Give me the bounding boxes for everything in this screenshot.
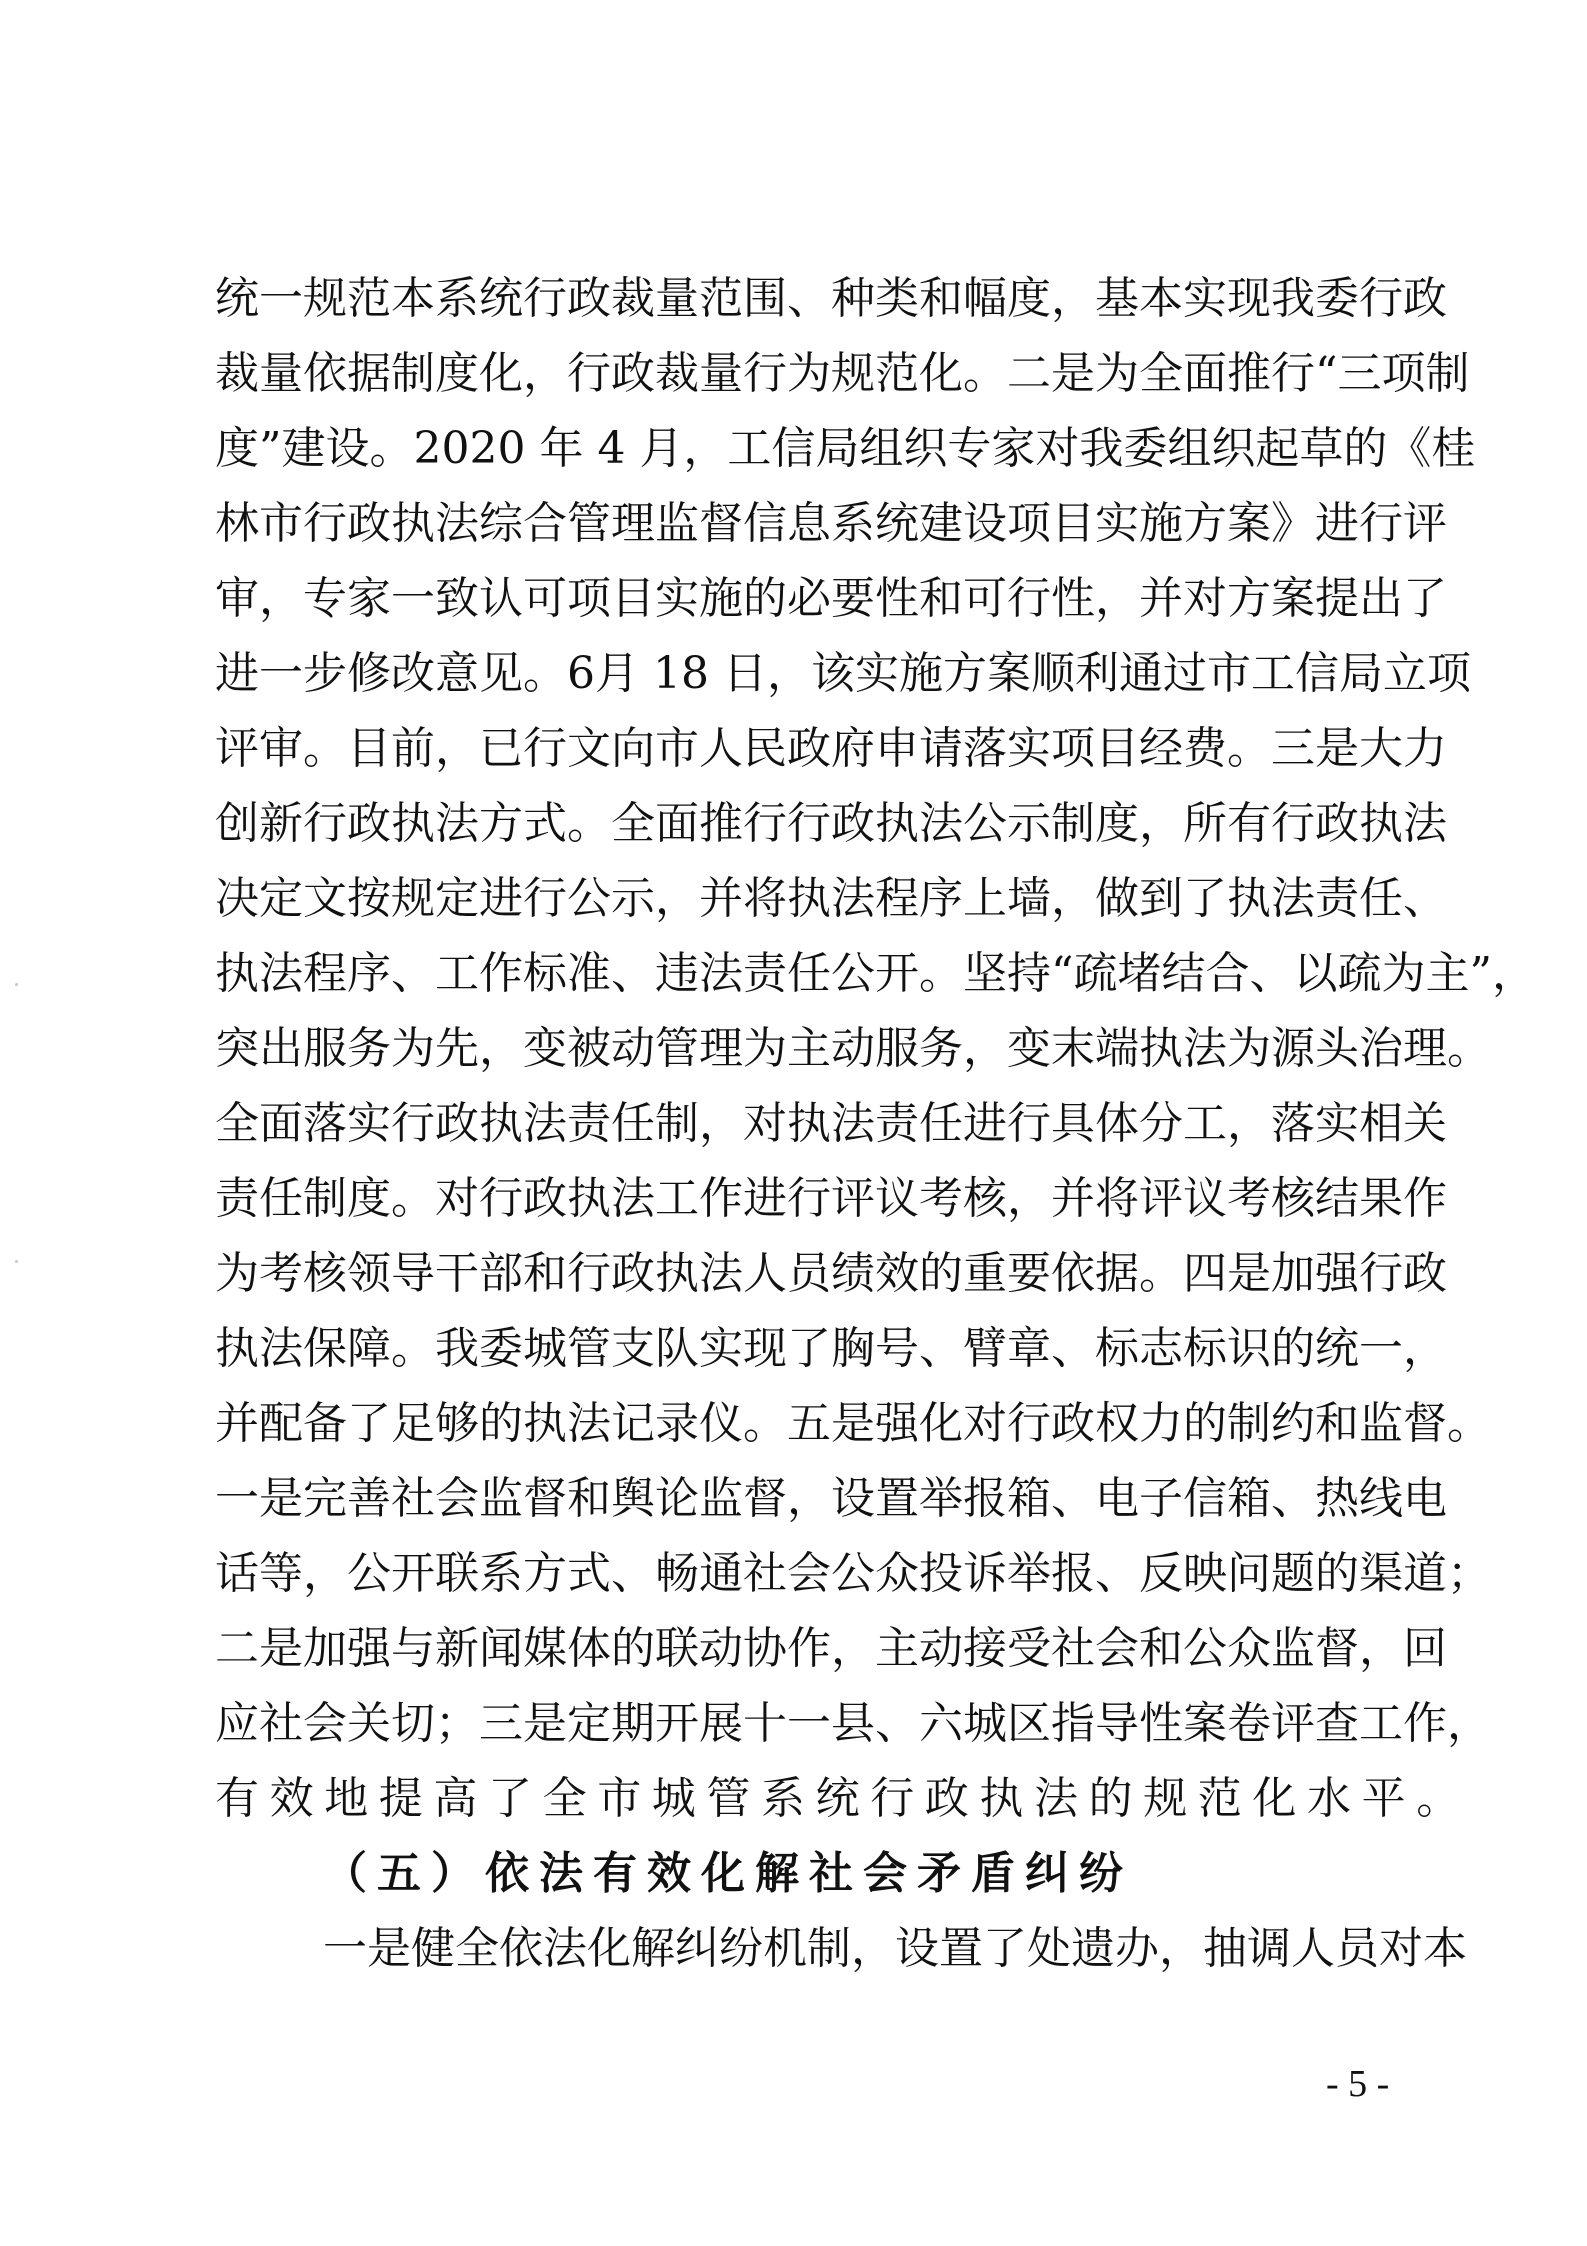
paragraph-last-line: 有效地提高了全市城管系统行政执法的规范化水平。 <box>215 1770 1419 1845</box>
paragraph-line: 审，专家一致认可项目实施的必要性和可行性，并对方案提出了 <box>215 570 1419 645</box>
paragraph-line: 评审。目前，已行文向市人民政府申请落实项目经费。三是大力 <box>215 720 1419 795</box>
scan-speck <box>15 1260 18 1263</box>
section-first-line: 一是健全依法化解纠纷机制，设置了处遗办，抽调人员对本 <box>215 1920 1419 1995</box>
paragraph-line: 执法保障。我委城管支队实现了胸号、臂章、标志标识的统一， <box>215 1320 1419 1395</box>
document-page: 统一规范本系统行政裁量范围、种类和幅度，基本实现我委行政 裁量依据制度化，行政裁… <box>0 0 1587 2246</box>
paragraph-line: 度”建设。2020 年 4 月，工信局组织专家对我委组织起草的《桂 <box>215 420 1419 495</box>
page-number: - 5 - <box>1326 2062 1389 2106</box>
paragraph-line: 二是加强与新闻媒体的联动协作，主动接受社会和公众监督，回 <box>215 1620 1419 1695</box>
paragraph-line: 创新行政执法方式。全面推行行政执法公示制度，所有行政执法 <box>215 795 1419 870</box>
paragraph-line: 统一规范本系统行政裁量范围、种类和幅度，基本实现我委行政 <box>215 270 1419 345</box>
paragraph-line: 林市行政执法综合管理监督信息系统建设项目实施方案》进行评 <box>215 495 1419 570</box>
paragraph-line: 突出服务为先，变被动管理为主动服务，变末端执法为源头治理。 <box>215 1020 1419 1095</box>
paragraph-line: 全面落实行政执法责任制，对执法责任进行具体分工，落实相关 <box>215 1095 1419 1170</box>
paragraph-line: 执法程序、工作标准、违法责任公开。坚持“疏堵结合、以疏为主”， <box>215 945 1419 1020</box>
paragraph-line: 应社会关切；三是定期开展十一县、六城区指导性案卷评查工作， <box>215 1695 1419 1770</box>
paragraph-line: 决定文按规定进行公示，并将执法程序上墙，做到了执法责任、 <box>215 870 1419 945</box>
section-heading: （五）依法有效化解社会矛盾纠纷 <box>215 1845 1419 1920</box>
paragraph-line: 话等，公开联系方式、畅通社会公众投诉举报、反映问题的渠道； <box>215 1545 1419 1620</box>
paragraph-line: 裁量依据制度化，行政裁量行为规范化。二是为全面推行“三项制 <box>215 345 1419 420</box>
paragraph-line: 进一步修改意见。6月 18 日，该实施方案顺利通过市工信局立项 <box>215 645 1419 720</box>
paragraph-line: 责任制度。对行政执法工作进行评议考核，并将评议考核结果作 <box>215 1170 1419 1245</box>
scan-speck <box>15 983 18 986</box>
paragraph-line: 为考核领导干部和行政执法人员绩效的重要依据。四是加强行政 <box>215 1245 1419 1320</box>
body-text: 统一规范本系统行政裁量范围、种类和幅度，基本实现我委行政 裁量依据制度化，行政裁… <box>215 270 1419 1995</box>
paragraph-line: 一是完善社会监督和舆论监督，设置举报箱、电子信箱、热线电 <box>215 1470 1419 1545</box>
paragraph-line: 并配备了足够的执法记录仪。五是强化对行政权力的制约和监督。 <box>215 1395 1419 1470</box>
